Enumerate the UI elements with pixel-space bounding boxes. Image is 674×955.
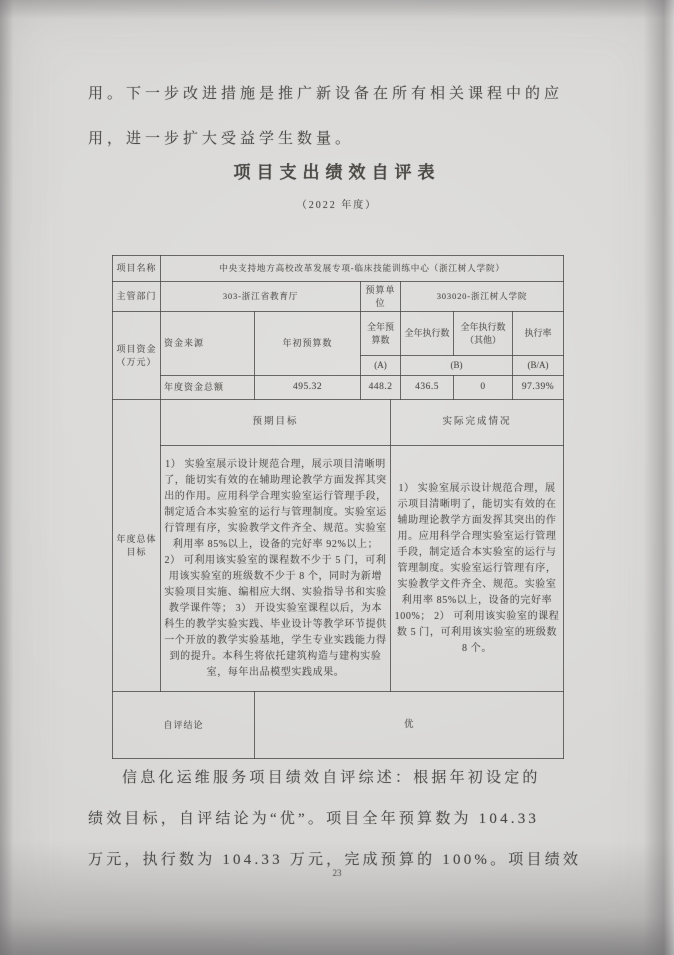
- exec-rate-value: 97.39%: [513, 376, 564, 400]
- intro-paragraph: 用。下一步改进措施是推广新设备在所有相关课程中的应 用，进一步扩大受益学生数量。: [88, 72, 608, 162]
- table-row: 自评结论 优: [113, 692, 564, 759]
- project-name-label: 项目名称: [113, 256, 161, 282]
- annual-exec-other-value: 0: [454, 376, 513, 400]
- annual-exec-other-header: 全年执行数（其他）: [454, 312, 513, 356]
- initial-budget-header: 年初预算数: [255, 312, 361, 376]
- table-row: 年度总体目标 预期目标 实际完成情况: [113, 400, 564, 446]
- table-row: 项目资金（万元） 资金来源 年初预算数 全年预算数 全年执行数 全年执行数（其他…: [113, 312, 564, 356]
- annual-exec-value: 436.5: [401, 376, 454, 400]
- department-label: 主管部门: [113, 282, 161, 312]
- department-value: 303-浙江省教育厅: [161, 282, 361, 312]
- project-funds-label: 项目资金（万元）: [113, 312, 161, 400]
- exec-rate-header: 执行率: [513, 312, 564, 356]
- sub-header-ba: (B/A): [513, 356, 564, 376]
- conclusion-label: 自评结论: [113, 692, 255, 759]
- table-row: 主管部门 303-浙江省教育厅 预算单位 303020-浙江树人学院: [113, 282, 564, 312]
- page-number: 23: [0, 868, 674, 878]
- annual-total-label: 年度资金总额: [161, 376, 255, 400]
- sub-header-a: (A): [361, 356, 401, 376]
- summary-paragraph: 信息化运维服务项目绩效自评综述：根据年初设定的 绩效目标，自评结论为“优”。项目…: [88, 758, 608, 881]
- expected-goal-header: 预期目标: [161, 400, 391, 446]
- report-title: 项目支出绩效自评表: [0, 158, 674, 183]
- annual-budget-value: 448.2: [361, 376, 401, 400]
- annual-goal-label: 年度总体目标: [113, 400, 161, 692]
- sub-header-b: (B): [401, 356, 513, 376]
- summary-line: 绩效目标，自评结论为“优”。项目全年预算数为 104.33: [88, 799, 608, 840]
- summary-line: 信息化运维服务项目绩效自评综述：根据年初设定的: [88, 758, 608, 799]
- actual-completion-header: 实际完成情况: [391, 400, 564, 446]
- annual-exec-header: 全年执行数: [401, 312, 454, 356]
- intro-line: 用。下一步改进措施是推广新设备在所有相关课程中的应: [88, 72, 608, 117]
- annual-budget-header: 全年预算数: [361, 312, 401, 356]
- table-row: 项目名称 中央支持地方高校改革发展专项-临床技能训练中心（浙江树人学院）: [113, 256, 564, 282]
- budget-unit-value: 303020-浙江树人学院: [401, 282, 564, 312]
- self-eval-table: 项目名称 中央支持地方高校改革发展专项-临床技能训练中心（浙江树人学院） 主管部…: [112, 255, 564, 759]
- expected-goal-text: 1） 实验室展示设计规范合理，展示项目清晰明了，能切实有效的在辅助理论教学方面发…: [161, 446, 391, 692]
- report-subtitle: （2022 年度）: [0, 196, 674, 211]
- funds-source-header: 资金来源: [161, 312, 255, 376]
- project-name-value: 中央支持地方高校改革发展专项-临床技能训练中心（浙江树人学院）: [161, 256, 564, 282]
- initial-budget-value: 495.32: [255, 376, 361, 400]
- scanned-page: 用。下一步改进措施是推广新设备在所有相关课程中的应 用，进一步扩大受益学生数量。…: [0, 0, 674, 955]
- table-row: 年度资金总额 495.32 448.2 436.5 0 97.39%: [113, 376, 564, 400]
- budget-unit-label: 预算单位: [361, 282, 401, 312]
- actual-completion-text: 1） 实验室展示设计规范合理，展示项目清晰明了，能切实有效的在辅助理论教学方面发…: [391, 446, 564, 692]
- table-row: 1） 实验室展示设计规范合理，展示项目清晰明了，能切实有效的在辅助理论教学方面发…: [113, 446, 564, 692]
- conclusion-value: 优: [255, 692, 564, 759]
- intro-line: 用，进一步扩大受益学生数量。: [88, 117, 608, 162]
